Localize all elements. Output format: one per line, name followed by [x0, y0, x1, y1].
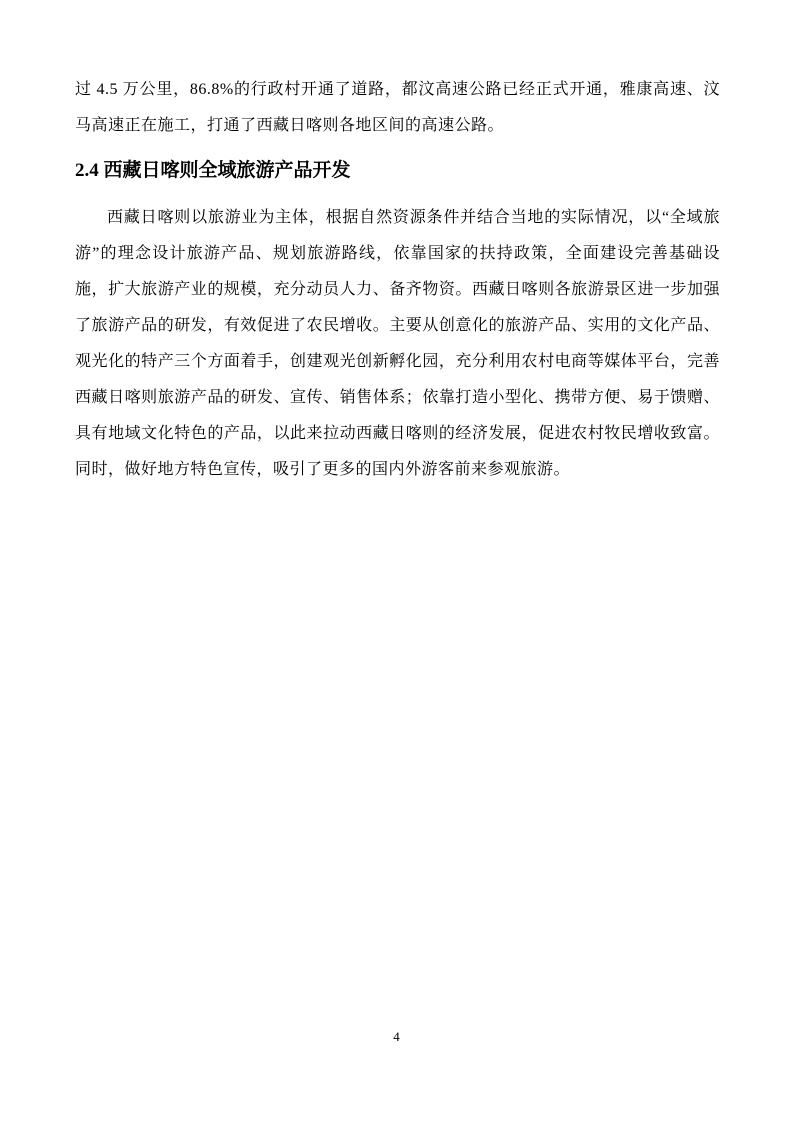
- section-heading: 2.4 西藏日喀则全域旅游产品开发: [75, 156, 720, 186]
- page-number: 4: [0, 1028, 793, 1046]
- paragraph-continuation: 过 4.5 万公里，86.8%的行政村开通了道路，都汶高速公路已经正式开通，雅康…: [75, 72, 720, 144]
- body-paragraph: 西藏日喀则以旅游业为主体，根据自然资源条件并结合当地的实际情况，以“全域旅游”的…: [75, 200, 720, 488]
- document-page: 过 4.5 万公里，86.8%的行政村开通了道路，都汶高速公路已经正式开通，雅康…: [0, 0, 793, 1122]
